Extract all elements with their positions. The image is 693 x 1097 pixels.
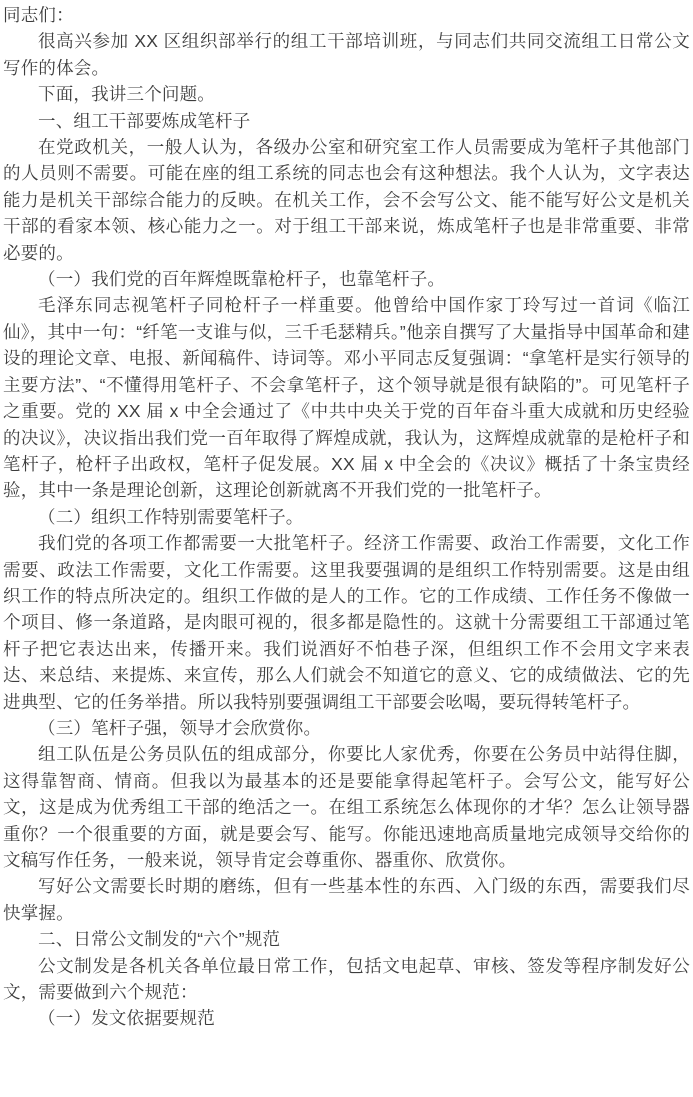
- section-1-closing-paragraph: 写好公文需要长时期的磨练，但有一些基本性的东西、入门级的东西，需要我们尽快掌握。: [3, 873, 690, 926]
- subsection-1-1-heading: （一）我们党的百年辉煌既靠枪杆子，也靠笔杆子。: [3, 266, 690, 292]
- section-2-heading: 二、日常公文制发的“六个”规范: [3, 926, 690, 952]
- subsection-1-3-heading: （三）笔杆子强，领导才会欣赏你。: [3, 715, 690, 741]
- subsection-1-1-paragraph: 毛泽东同志视笔杆子同枪杆子一样重要。他曾给中国作家丁玲写过一首词《临江仙》，其中…: [3, 292, 690, 503]
- section-2-paragraph: 公文制发是各机关各单位最日常工作，包括文电起草、审核、签发等程序制发好公文，需要…: [3, 953, 690, 1006]
- section-1-heading: 一、组工干部要炼成笔杆子: [3, 108, 690, 134]
- section-1-paragraph: 在党政机关，一般人认为，各级办公室和研究室工作人员需要成为笔杆子其他部门的人员则…: [3, 134, 690, 266]
- subsection-2-1-heading: （一）发文依据要规范: [3, 1005, 690, 1031]
- paragraph-intro: 很高兴参加 XX 区组织部举行的组工干部培训班，与同志们共同交流组工日常公文写作…: [3, 28, 690, 81]
- subsection-1-2-heading: （二）组织工作特别需要笔杆子。: [3, 504, 690, 530]
- paragraph-transition: 下面，我讲三个问题。: [3, 81, 690, 107]
- subsection-1-2-paragraph: 我们党的各项工作都需要一大批笔杆子。经济工作需要、政治工作需要，文化工作需要、政…: [3, 530, 690, 715]
- subsection-1-3-paragraph: 组工队伍是公务员队伍的组成部分，你要比人家优秀，你要在公务员中站得住脚，这得靠智…: [3, 741, 690, 873]
- document-page: 同志们： 很高兴参加 XX 区组织部举行的组工干部培训班，与同志们共同交流组工日…: [0, 0, 693, 1097]
- salutation: 同志们：: [3, 2, 690, 28]
